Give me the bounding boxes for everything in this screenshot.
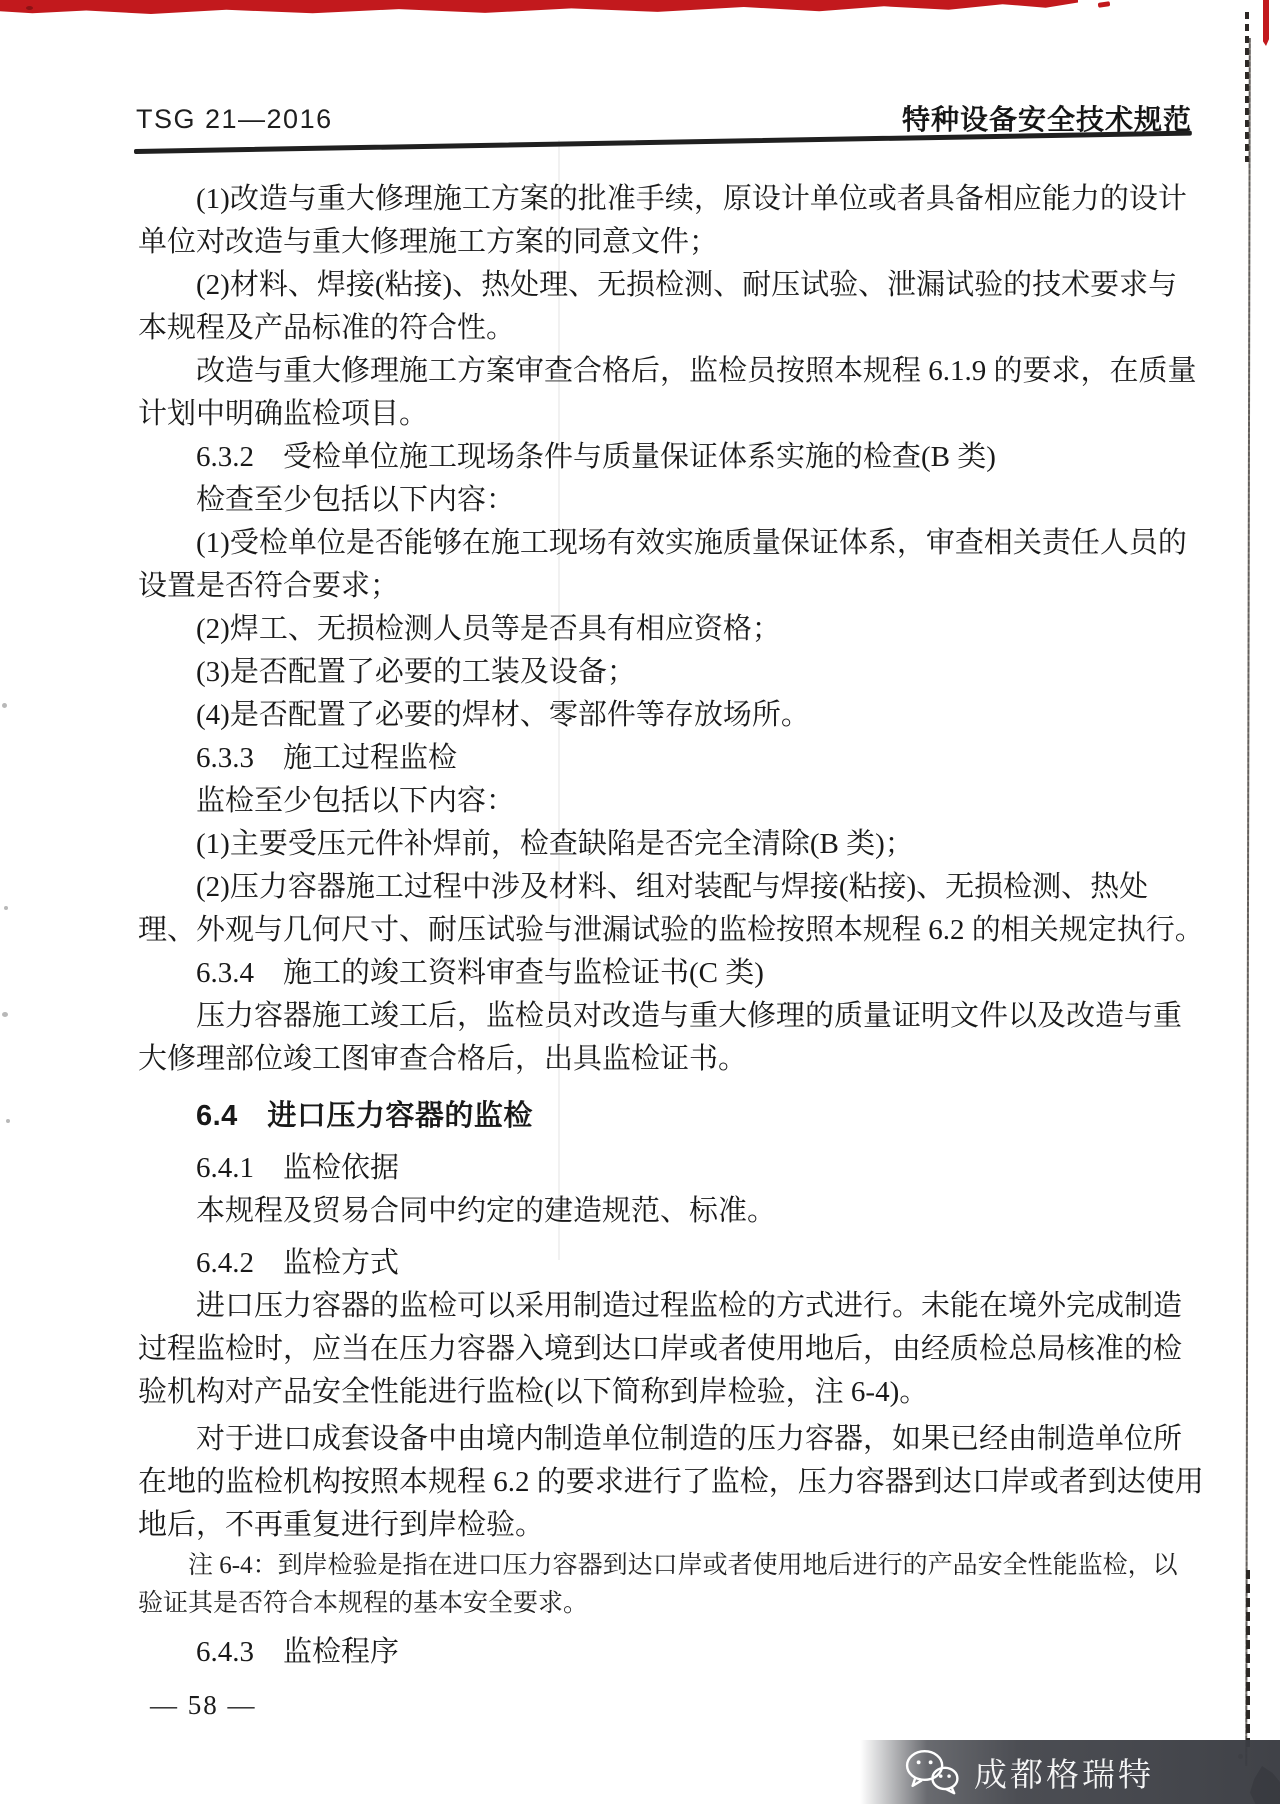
text-line: (2)焊工、无损检测人员等是否具有相应资格； xyxy=(138,608,1202,651)
text-line: 大修理部位竣工图审查合格后，出具监检证书。 xyxy=(138,1038,1202,1081)
scan-speck xyxy=(2,703,7,708)
text-line: 6.4.3 监检程序 xyxy=(138,1631,1202,1674)
text-line: 6.3.4 施工的竣工资料审查与监检证书(C 类) xyxy=(138,952,1202,995)
text-line: 验机构对产品安全性能进行监检(以下简称到岸检验，注 6-4)。 xyxy=(138,1371,1202,1414)
text-line: 单位对改造与重大修理施工方案的同意文件； xyxy=(138,221,1202,264)
scan-artifact-top-red-bar xyxy=(0,0,1078,14)
text-line: 地后，不再重复进行到岸检验。 xyxy=(138,1504,1202,1547)
text-line: (2)压力容器施工过程中涉及材料、组对装配与焊接(粘接)、无损检测、热处 xyxy=(138,866,1202,909)
text-line: 6.3.2 受检单位施工现场条件与质量保证体系实施的检查(B 类) xyxy=(138,436,1202,479)
text-line: 压力容器施工竣工后，监检员对改造与重大修理的质量证明文件以及改造与重 xyxy=(138,995,1202,1038)
text-line: 对于进口成套设备中由境内制造单位制造的压力容器，如果已经由制造单位所 xyxy=(138,1418,1202,1461)
scan-artifact-edge-dashes-bottom xyxy=(1246,1570,1250,1750)
scan-speck xyxy=(26,6,33,10)
text-line: (1)受检单位是否能够在施工现场有效实施质量保证体系，审查相关责任人员的 xyxy=(138,522,1202,565)
scan-speck xyxy=(4,906,8,910)
text-line: (3)是否配置了必要的工装及设备； xyxy=(138,651,1202,694)
text-line: 进口压力容器的监检可以采用制造过程监检的方式进行。未能在境外完成制造 xyxy=(138,1285,1202,1328)
text-line: 改造与重大修理施工方案审查合格后，监检员按照本规程 6.1.9 的要求，在质量 xyxy=(138,350,1202,393)
scanned-document-page: TSG 21—2016 特种设备安全技术规范 (1)改造与重大修理施工方案的批准… xyxy=(0,0,1280,1804)
text-line: 在地的监检机构按照本规程 6.2 的要求进行了监检，压力容器到达口岸或者到达使用 xyxy=(138,1461,1202,1504)
watermark-publisher-label: 成都格瑞特 xyxy=(974,1749,1154,1796)
text-line: (4)是否配置了必要的焊材、零部件等存放场所。 xyxy=(138,694,1202,737)
text-line: 6.4.2 监检方式 xyxy=(138,1242,1202,1285)
text-line: 设置是否符合要求； xyxy=(138,565,1202,608)
text-line: 注 6-4：到岸检验是指在进口压力容器到达口岸或者使用地后进行的产品安全性能监检… xyxy=(138,1547,1202,1585)
scan-speck xyxy=(6,1119,10,1123)
header-doc-code: TSG 21—2016 xyxy=(136,104,333,135)
scan-artifact-red-fleck xyxy=(1098,1,1111,8)
text-line: (2)材料、焊接(粘接)、热处理、无损检测、耐压试验、泄漏试验的技术要求与 xyxy=(138,264,1202,307)
page-number: — 58 — xyxy=(150,1690,257,1721)
text-line: 6.4.1 监检依据 xyxy=(138,1147,1202,1190)
text-line: 监检至少包括以下内容： xyxy=(138,780,1202,823)
text-line: 本规程及贸易合同中约定的建造规范、标准。 xyxy=(138,1190,1202,1233)
text-line: 验证其是否符合本规程的基本安全要求。 xyxy=(138,1585,1202,1623)
scan-artifact-edge-line xyxy=(1245,38,1251,1766)
document-lines: (1)改造与重大修理施工方案的批准手续，原设计单位或者具备相应能力的设计单位对改… xyxy=(138,178,1202,1674)
text-line: 理、外观与几何尺寸、耐压试验与泄漏试验的监检按照本规程 6.2 的相关规定执行。 xyxy=(138,909,1202,952)
watermark-publisher-bar: 成都格瑞特 xyxy=(860,1740,1280,1804)
text-line: (1)主要受压元件补焊前，检查缺陷是否完全清除(B 类)； xyxy=(138,823,1202,866)
text-line: 检查至少包括以下内容： xyxy=(138,479,1202,522)
wechat-logo-icon xyxy=(904,1748,960,1796)
text-line: 6.4 进口压力容器的监检 xyxy=(138,1095,1202,1138)
text-line: 计划中明确监检项目。 xyxy=(138,393,1202,436)
text-line: 6.3.3 施工过程监检 xyxy=(138,737,1202,780)
text-line: (1)改造与重大修理施工方案的批准手续，原设计单位或者具备相应能力的设计 xyxy=(138,178,1202,221)
scan-speck xyxy=(2,1012,8,1017)
scan-artifact-right-red-tick xyxy=(1263,0,1269,46)
text-line: 本规程及产品标准的符合性。 xyxy=(138,307,1202,350)
text-line: 过程监检时，应当在压力容器入境到达口岸或者使用地后，由经质检总局核准的检 xyxy=(138,1328,1202,1371)
